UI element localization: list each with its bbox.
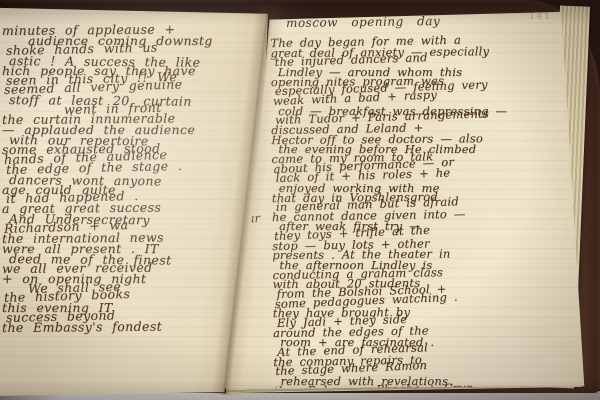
handwriting-line: enjoyed working with me <box>279 184 599 194</box>
left-page: minutes of appleause +audience coming do… <box>0 4 272 396</box>
notebook-photo: minutes of appleause +audience coming do… <box>0 0 600 400</box>
handwriting-line: the history books <box>4 285 274 303</box>
handwriting-line: astic ! A success the like <box>9 56 279 68</box>
handwriting-line: minutes of appleause + <box>2 24 272 36</box>
handwriting-line: the Embassy's fondest <box>2 321 272 333</box>
right-page-text: The day began for me with agreat deal of… <box>206 36 593 397</box>
handwriting-line: the curtain innumerable <box>2 113 272 125</box>
handwriting-line: Lindley — around whom this <box>278 68 598 78</box>
left-page-text: minutes of appleause +audience coming do… <box>0 4 272 333</box>
handwriting-line: dancers wont anyone <box>9 175 279 187</box>
handwriting-line: the international news <box>2 232 272 244</box>
handwriting-line: we all ever received <box>2 261 272 273</box>
